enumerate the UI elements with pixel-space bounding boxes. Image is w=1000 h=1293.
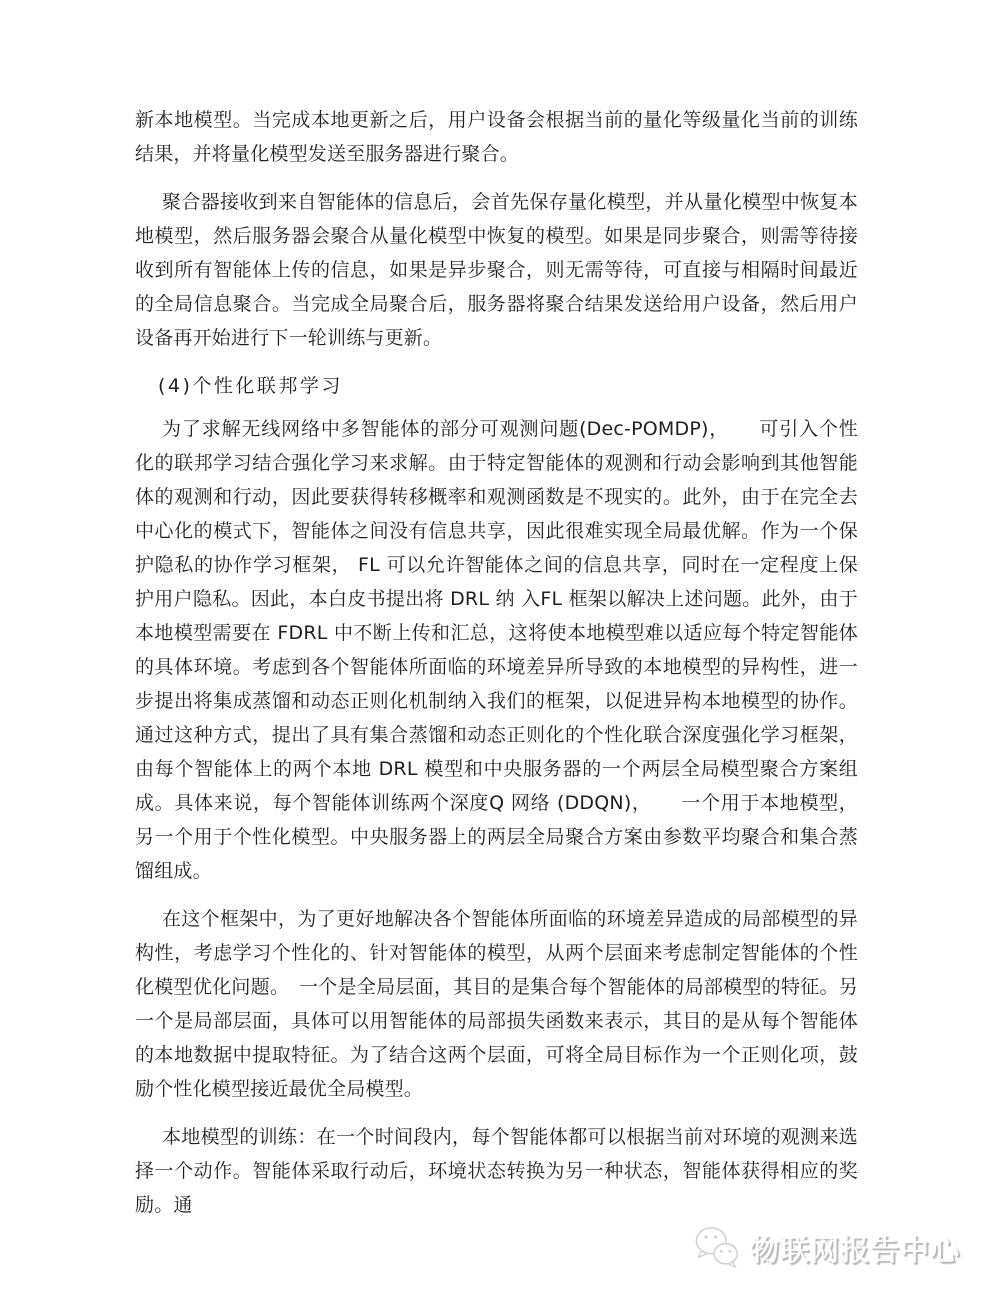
paragraph-dec-pomdp: 为了求解无线网络中多智能体的部分可观测问题(Dec-POMDP)， 可引入个性化…	[135, 412, 858, 888]
section-heading-personalized-federated-learning: (4)个性化联邦学习	[135, 369, 858, 403]
paragraph-framework-levels: 在这个框架中，为了更好地解决各个智能体所面临的环境差异造成的局部模型的异构性，考…	[135, 902, 858, 1106]
watermark-label: 物联网报告中心	[750, 1228, 960, 1269]
wechat-icon	[693, 1224, 741, 1272]
watermark: 物联网报告中心	[693, 1224, 960, 1272]
paragraph-local-model-training: 本地模型的训练：在一个时间段内，每个智能体都可以根据当前对环境的观测来选择一个动…	[135, 1120, 858, 1222]
paragraph-aggregator: 聚合器接收到来自智能体的信息后，会首先保存量化模型，并从量化模型中恢复本地模型，…	[135, 185, 858, 355]
paragraph-continuation: 新本地模型。当完成本地更新之后，用户设备会根据当前的量化等级量化当前的训练结果，…	[135, 103, 858, 171]
page-text-content: 新本地模型。当完成本地更新之后，用户设备会根据当前的量化等级量化当前的训练结果，…	[135, 103, 858, 1236]
document-page: 新本地模型。当完成本地更新之后，用户设备会根据当前的量化等级量化当前的训练结果，…	[0, 0, 1000, 1293]
